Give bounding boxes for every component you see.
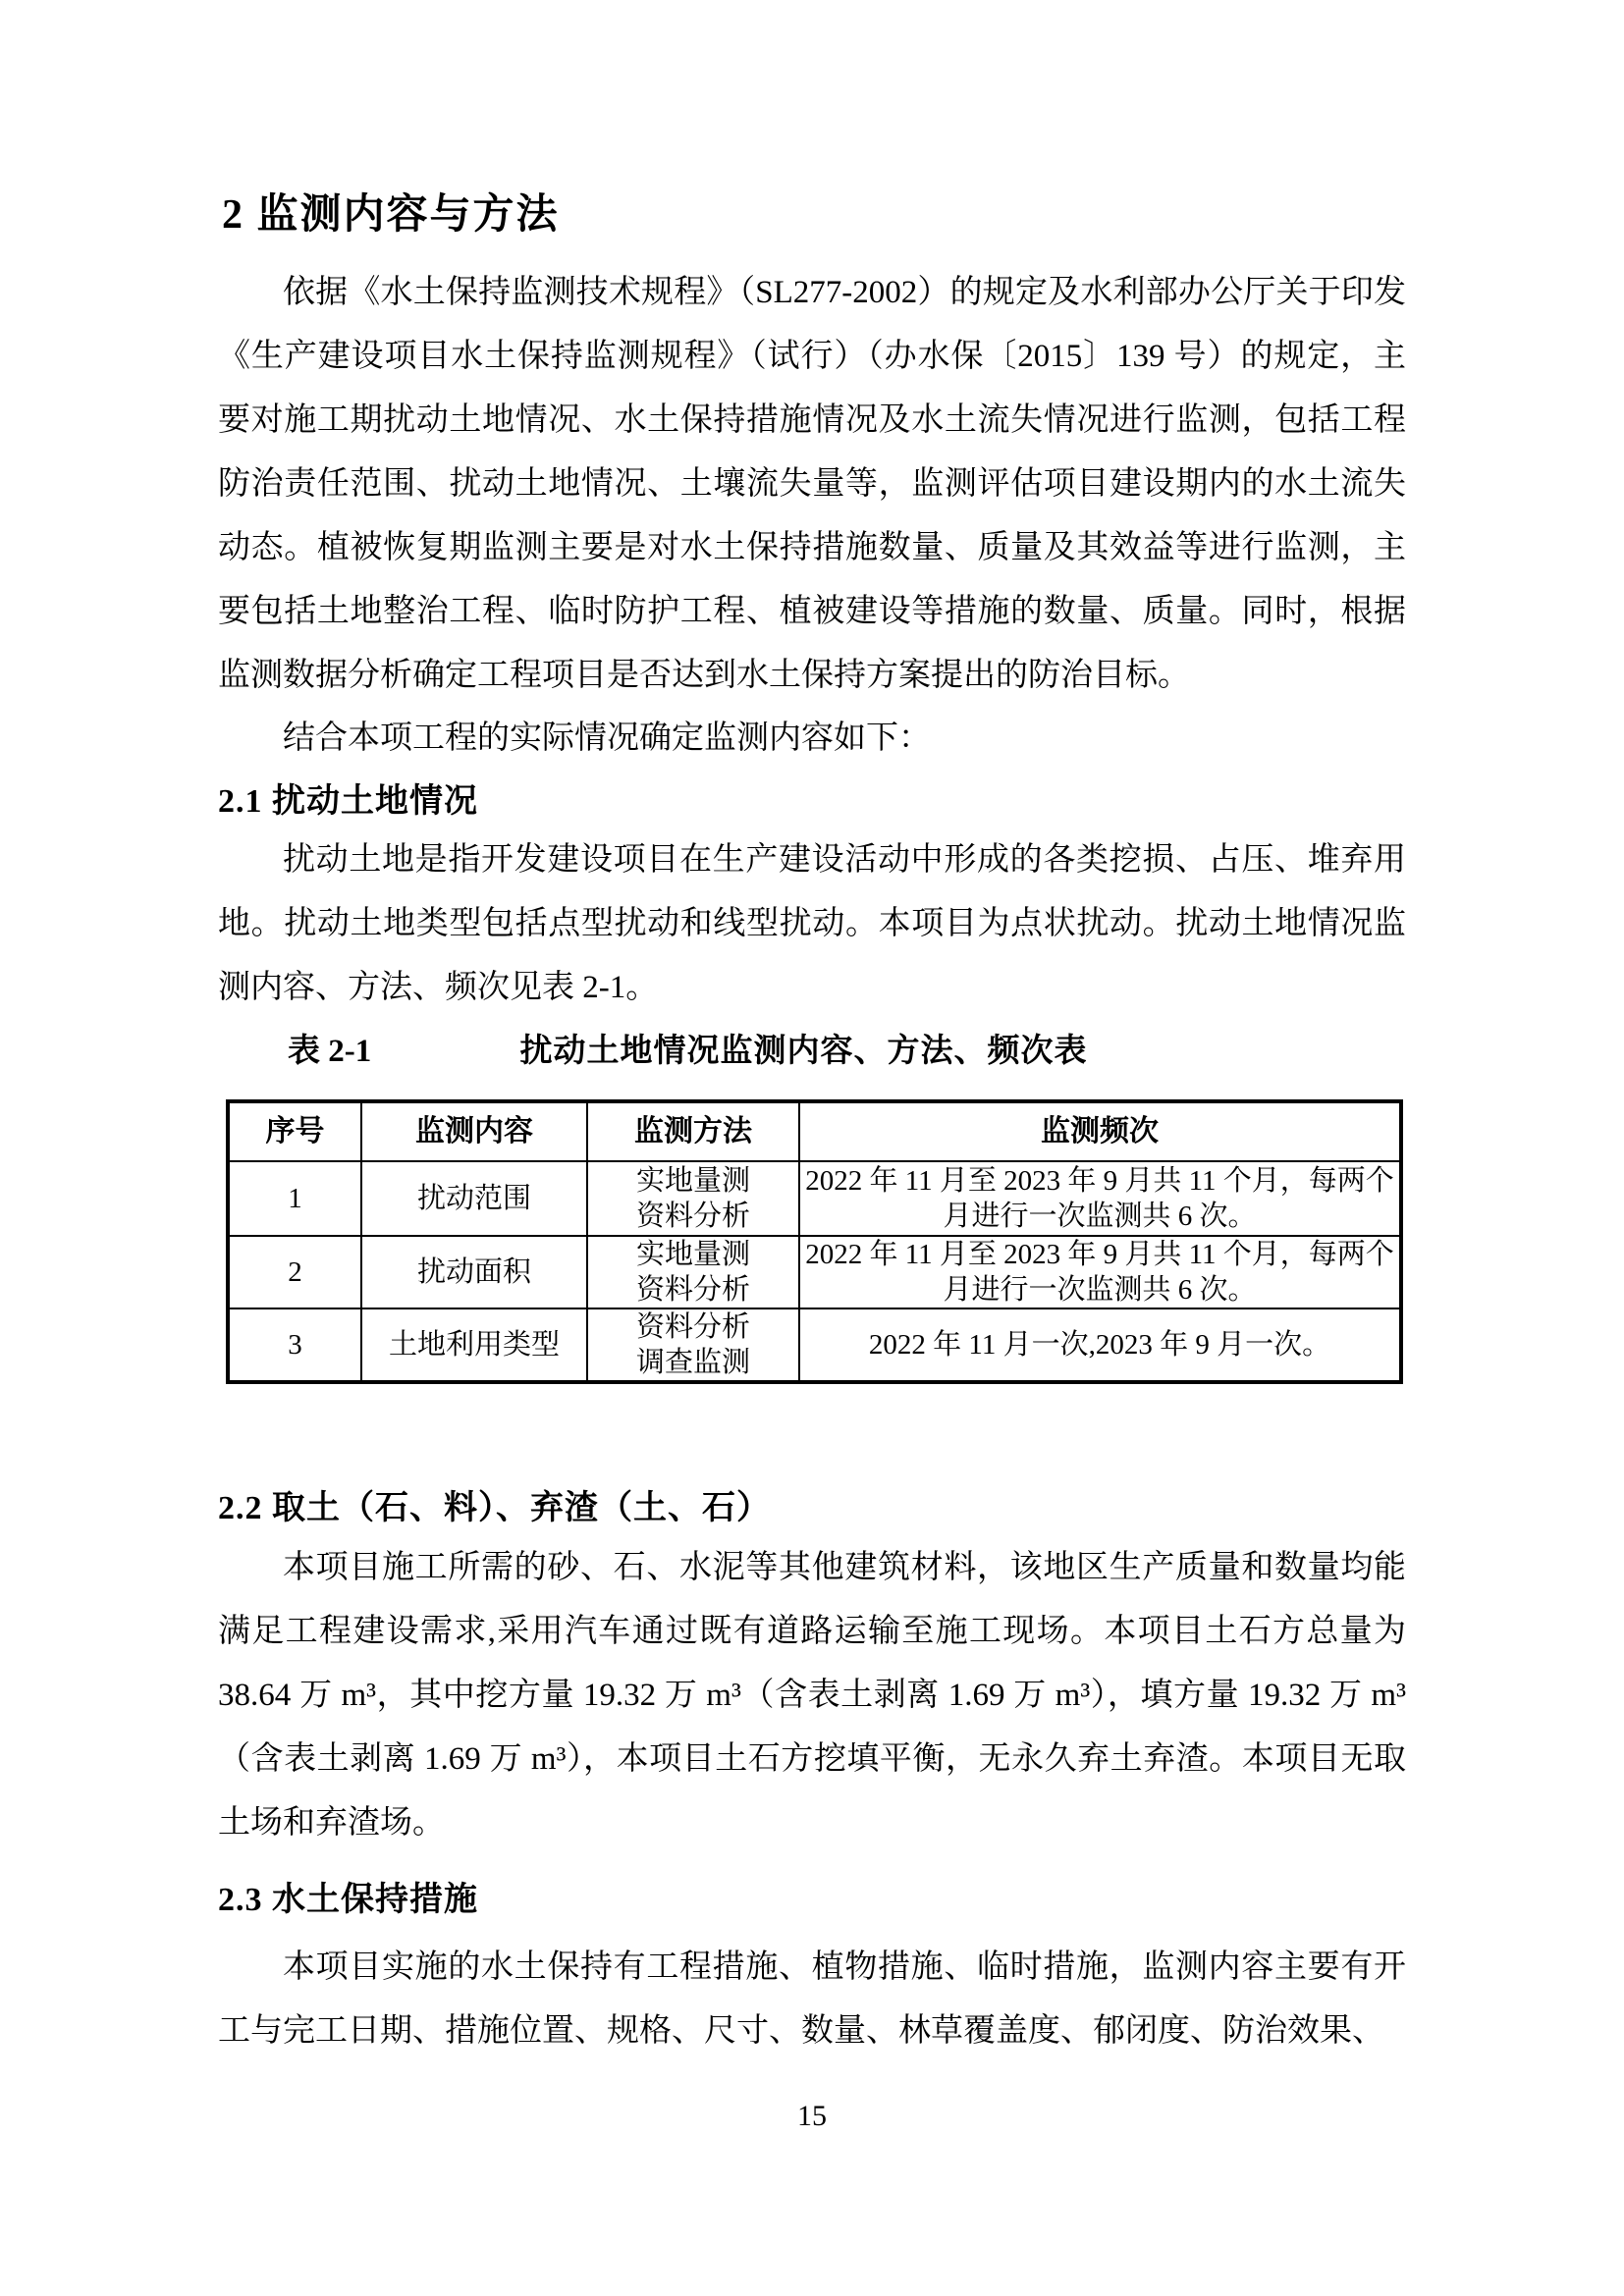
section-2-1-heading: 2.1 扰动土地情况 [218, 782, 1406, 822]
method-cell: 实地量测 资料分析 [587, 1236, 799, 1308]
content-cell: 土地利用类型 [361, 1308, 587, 1382]
table-header-row: 序号 监测内容 监测方法 监测频次 [228, 1101, 1401, 1161]
frequency-cell: 2022 年 11 月至 2023 年 9 月共 11 个月，每两个月进行一次监… [799, 1236, 1401, 1308]
monitoring-table: 序号 监测内容 监测方法 监测频次 1 扰动范围 实地量测 资料分析 2022 … [226, 1099, 1403, 1384]
document-page: 2 监测内容与方法 依据《水土保持监测技术规程》（SL277-2002）的规定及… [0, 0, 1624, 2296]
row-number-cell: 3 [228, 1308, 361, 1382]
page-number: 15 [0, 2097, 1624, 2136]
table-row: 3 土地利用类型 资料分析 调查监测 2022 年 11 月一次,2023 年 … [228, 1308, 1401, 1382]
method-cell: 资料分析 调查监测 [587, 1308, 799, 1382]
row-number-cell: 1 [228, 1161, 361, 1236]
table-row: 1 扰动范围 实地量测 资料分析 2022 年 11 月至 2023 年 9 月… [228, 1161, 1401, 1236]
section-2-3-paragraph: 本项目实施的水土保持有工程措施、植物措施、临时措施，监测内容主要有开工与完工日期… [218, 1936, 1406, 2063]
content-cell: 扰动范围 [361, 1161, 587, 1236]
table-caption: 表 2-1 扰动土地情况监测内容、方法、频次表 [218, 1030, 1406, 1073]
content-cell: 扰动面积 [361, 1236, 587, 1308]
table-row: 2 扰动面积 实地量测 资料分析 2022 年 11 月至 2023 年 9 月… [228, 1236, 1401, 1308]
row-number-cell: 2 [228, 1236, 361, 1308]
header-serial-number: 序号 [228, 1101, 361, 1161]
header-monitoring-content: 监测内容 [361, 1101, 587, 1161]
section-2-3-heading: 2.3 水土保持措施 [218, 1881, 1406, 1920]
frequency-cell: 2022 年 11 月至 2023 年 9 月共 11 个月，每两个月进行一次监… [799, 1161, 1401, 1236]
chapter-heading: 2 监测内容与方法 [218, 189, 1406, 240]
section-2-1-paragraph: 扰动土地是指开发建设项目在生产建设活动中形成的各类挖损、占压、堆弃用地。扰动土地… [218, 828, 1406, 1020]
header-monitoring-method: 监测方法 [587, 1101, 799, 1161]
header-monitoring-frequency: 监测频次 [799, 1101, 1401, 1161]
table-caption-title: 扰动土地情况监测内容、方法、频次表 [520, 1034, 1088, 1069]
table-caption-label: 表 2-1 [288, 1034, 371, 1069]
intro-paragraph-1: 依据《水土保持监测技术规程》（SL277-2002）的规定及水利部办公厅关于印发… [218, 261, 1406, 708]
section-2-2-heading: 2.2 取土（石、料）、弃渣（土、石） [218, 1489, 1406, 1528]
section-2-2-paragraph: 本项目施工所需的砂、石、水泥等其他建筑材料，该地区生产质量和数量均能满足工程建设… [218, 1536, 1406, 1855]
intro-paragraph-2: 结合本项工程的实际情况确定监测内容如下： [218, 707, 1406, 771]
method-cell: 实地量测 资料分析 [587, 1161, 799, 1236]
frequency-cell: 2022 年 11 月一次,2023 年 9 月一次。 [799, 1308, 1401, 1382]
